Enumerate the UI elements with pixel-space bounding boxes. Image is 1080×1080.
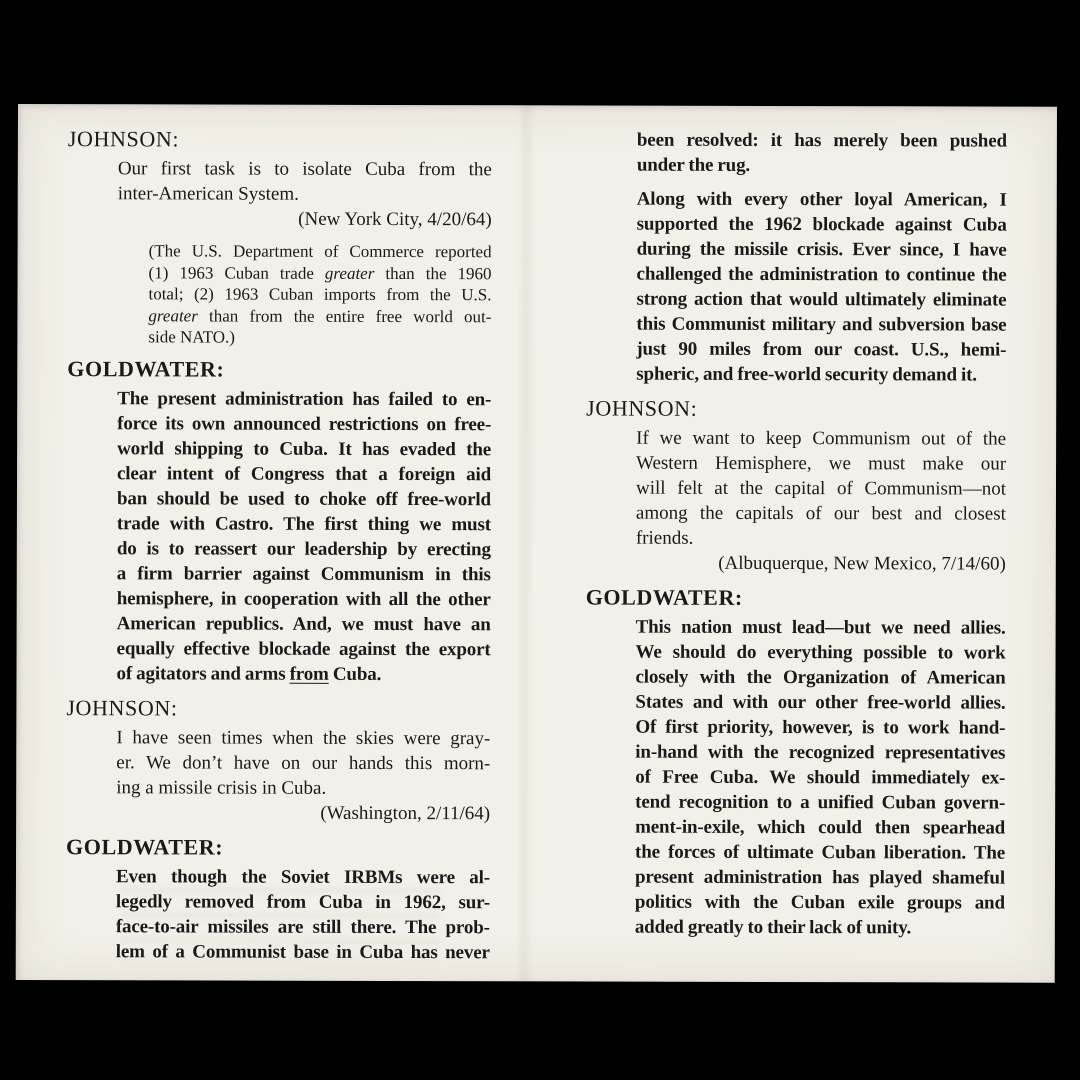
text-segment: I have seen times when the skies were gr… — [116, 727, 490, 749]
text-segment: of Free Cuba. We should immediately ex- — [635, 767, 1005, 789]
text-segment: Western Hemisphere, we must make our — [636, 453, 1006, 475]
text-segment: equally effective blockade against the e… — [117, 638, 491, 660]
text-segment: ban should be used to choke off free-wor… — [117, 488, 491, 510]
text-segment: legedly removed from Cuba in 1962, sur- — [116, 891, 490, 913]
text-segment: will felt at the capital of Communism—no… — [636, 478, 1006, 500]
text-segment: friends. — [636, 528, 694, 549]
text-line: under the rug. — [637, 153, 1007, 179]
text-segment: total; (2) 1963 Cuban imports from the U… — [148, 284, 491, 304]
text-segment: challenged the administration to continu… — [637, 264, 1007, 286]
text-line: a firm barrier against Communism in this — [117, 561, 491, 587]
text-line: the forces of ultimate Cuban liberation.… — [635, 840, 1005, 866]
text-segment: strong action that would ultimately elim… — [636, 289, 1006, 311]
editorial-note: (The U.S. Department of Commerce reporte… — [148, 240, 491, 348]
text-line: The present administration has failed to… — [117, 386, 491, 412]
text-line: side NATO.) — [148, 326, 491, 348]
text-line: will felt at the capital of Communism—no… — [636, 476, 1006, 502]
quote-paragraph: Even though the Soviet IRBMs were al-leg… — [116, 864, 490, 965]
text-line: of Free Cuba. We should immediately ex- — [635, 765, 1005, 791]
text-line: We should do everything possible to work — [636, 640, 1006, 666]
pamphlet-page: JOHNSON:Our first task is to isolate Cub… — [16, 104, 1057, 983]
speaker-heading: GOLDWATER: — [66, 834, 490, 860]
text-segment: ing a missile crisis in Cuba. — [116, 777, 326, 799]
text-segment: clear intent of Congress that a foreign … — [117, 463, 491, 485]
text-segment: States and with our other free-world all… — [635, 692, 1005, 714]
speaker-heading: GOLDWATER: — [67, 356, 491, 382]
text-segment: inter-American System. — [118, 183, 299, 204]
text-line: Of first priority, however, is to work h… — [635, 715, 1005, 741]
text-segment: spheric, and free-world security demand … — [636, 364, 977, 386]
text-line: face-to-air missiles are still there. Th… — [116, 914, 490, 940]
quote-paragraph: Our first task is to isolate Cuba from t… — [118, 156, 492, 232]
text-line: during the missile crisis. Ever since, I… — [637, 237, 1007, 263]
scan-background: { "page": { "background_color": "#000000… — [0, 0, 1080, 1080]
quote-paragraph: The present administration has failed to… — [116, 386, 491, 687]
text-segment: of agitators and arms — [116, 663, 289, 684]
italic-text-segment: greater — [325, 263, 374, 282]
text-segment: supported the 1962 blockade against Cuba — [637, 214, 1007, 236]
text-segment: (1) 1963 Cuban trade — [149, 263, 325, 282]
text-line: Along with every other loyal American, I — [637, 187, 1007, 213]
text-line: hemisphere, in cooperation with all the … — [117, 586, 491, 612]
text-line: Our first task is to isolate Cuba from t… — [118, 156, 492, 182]
text-segment: American republics. And, we must have an — [117, 613, 491, 635]
text-segment: Even though the Soviet IRBMs were al- — [116, 866, 490, 888]
text-line: do is to reassert our leadership by erec… — [117, 536, 491, 562]
text-line: er. We don’t have on our hands this morn… — [116, 750, 490, 776]
text-segment: hemisphere, in cooperation with all the … — [117, 588, 491, 610]
text-line: present administration has played shamef… — [635, 865, 1005, 891]
text-segment: Our first task is to isolate Cuba from t… — [118, 158, 492, 180]
text-line: supported the 1962 blockade against Cuba — [637, 212, 1007, 238]
quote-paragraph: This nation must lead—but we need allies… — [635, 615, 1006, 941]
text-line: been resolved: it has merely been pushed — [637, 128, 1007, 154]
underlined-text-segment: from — [290, 663, 329, 684]
text-line: greater than from the entire free world … — [148, 305, 491, 327]
quote-paragraph: been resolved: it has merely been pushed… — [637, 128, 1007, 179]
quote-attribution: (New York City, 4/20/64) — [118, 206, 492, 232]
speaker-heading: JOHNSON: — [586, 395, 1006, 421]
text-segment: than the 1960 — [374, 263, 491, 282]
text-line: challenged the administration to continu… — [637, 262, 1007, 288]
speaker-heading: JOHNSON: — [68, 126, 492, 152]
text-line: added greatly to their lack of unity. — [635, 915, 1005, 941]
text-line: American republics. And, we must have an — [117, 611, 491, 637]
text-segment: The present administration has failed to… — [117, 388, 491, 410]
quote-attribution: (Washington, 2/11/64) — [116, 800, 490, 826]
text-line: friends. — [636, 526, 1006, 552]
text-segment: (The U.S. Department of Commerce reporte… — [149, 241, 492, 261]
italic-text-segment: greater — [148, 306, 197, 325]
text-line: strong action that would ultimately elim… — [636, 287, 1006, 313]
quote-paragraph: If we want to keep Communism out of theW… — [636, 426, 1006, 577]
text-line: clear intent of Congress that a foreign … — [117, 461, 491, 487]
quote-paragraph: Along with every other loyal American, I… — [636, 187, 1007, 388]
text-line: tend recognition to a unified Cuban gove… — [635, 790, 1005, 816]
text-segment: Cuba. — [329, 663, 382, 684]
left-column: JOHNSON:Our first task is to isolate Cub… — [66, 126, 492, 974]
quote-paragraph: I have seen times when the skies were gr… — [116, 725, 490, 826]
text-segment: face-to-air missiles are still there. Th… — [116, 916, 490, 938]
text-segment: force its own announced restrictions on … — [117, 413, 491, 435]
fold-crease — [516, 105, 536, 981]
text-segment: the forces of ultimate Cuban liberation.… — [635, 842, 1005, 864]
text-line: ment-in-exile, which could then spearhea… — [635, 815, 1005, 841]
quote-attribution: (Albuquerque, New Mexico, 7/14/60) — [636, 551, 1006, 577]
text-line: total; (2) 1963 Cuban imports from the U… — [148, 283, 491, 305]
right-column: been resolved: it has merely been pushed… — [585, 127, 1007, 949]
text-segment: than from the entire free world out- — [198, 306, 492, 326]
text-line: Even though the Soviet IRBMs were al- — [116, 864, 490, 890]
text-line: (The U.S. Department of Commerce reporte… — [149, 240, 492, 262]
text-segment: er. We don’t have on our hands this morn… — [116, 752, 490, 774]
text-segment: We should do everything possible to work — [636, 642, 1006, 664]
speaker-heading: JOHNSON: — [66, 695, 490, 721]
text-segment: side NATO.) — [148, 327, 235, 346]
text-segment: politics with the Cuban exile groups and — [635, 892, 1005, 914]
text-segment: do is to reassert our leadership by erec… — [117, 538, 491, 560]
text-line: world shipping to Cuba. It has evaded th… — [117, 436, 491, 462]
text-segment: Of first priority, however, is to work h… — [635, 717, 1005, 739]
speaker-heading: GOLDWATER: — [586, 584, 1006, 610]
text-segment: during the missile crisis. Ever since, I… — [637, 239, 1007, 261]
text-line: inter-American System. — [118, 181, 492, 207]
text-segment: Along with every other loyal American, I — [637, 189, 1007, 211]
text-line: I have seen times when the skies were gr… — [116, 725, 490, 751]
text-line: force its own announced restrictions on … — [117, 411, 491, 437]
text-segment: in-hand with the recognized representati… — [635, 742, 1005, 764]
text-segment: ment-in-exile, which could then spearhea… — [635, 817, 1005, 839]
text-line: If we want to keep Communism out of the — [636, 426, 1006, 452]
text-line: politics with the Cuban exile groups and — [635, 890, 1005, 916]
text-segment: just 90 miles from our coast. U.S., hemi… — [636, 339, 1006, 361]
text-segment: present administration has played shamef… — [635, 867, 1005, 889]
text-segment: a firm barrier against Communism in this — [117, 563, 491, 585]
text-line: spheric, and free-world security demand … — [636, 362, 1006, 388]
text-segment: If we want to keep Communism out of the — [636, 428, 1006, 450]
text-segment: been resolved: it has merely been pushed — [637, 130, 1007, 152]
text-line: States and with our other free-world all… — [635, 690, 1005, 716]
text-segment: this Communist military and subversion b… — [636, 314, 1006, 336]
text-line: in-hand with the recognized representati… — [635, 740, 1005, 766]
text-segment: closely with the Organization of America… — [635, 667, 1005, 689]
text-line: Western Hemisphere, we must make our — [636, 451, 1006, 477]
text-segment: world shipping to Cuba. It has evaded th… — [117, 438, 491, 460]
text-line: among the capitals of our best and close… — [636, 501, 1006, 527]
text-line: trade with Castro. The first thing we mu… — [117, 511, 491, 537]
text-line: just 90 miles from our coast. U.S., hemi… — [636, 337, 1006, 363]
text-line: ban should be used to choke off free-wor… — [117, 486, 491, 512]
text-line: equally effective blockade against the e… — [117, 636, 491, 662]
text-line: (1) 1963 Cuban trade greater than the 19… — [149, 262, 492, 284]
text-segment: tend recognition to a unified Cuban gove… — [635, 792, 1005, 814]
text-segment: trade with Castro. The first thing we mu… — [117, 513, 491, 535]
text-segment: This nation must lead—but we need allies… — [636, 617, 1006, 639]
text-line: of agitators and arms from Cuba. — [116, 661, 490, 687]
text-line: this Communist military and subversion b… — [636, 312, 1006, 338]
text-segment: added greatly to their lack of unity. — [635, 917, 911, 939]
text-segment: lem of a Communist base in Cuba has neve… — [116, 941, 490, 963]
text-line: closely with the Organization of America… — [635, 665, 1005, 691]
text-line: ing a missile crisis in Cuba. — [116, 775, 490, 801]
text-line: This nation must lead—but we need allies… — [636, 615, 1006, 641]
text-line: lem of a Communist base in Cuba has neve… — [116, 939, 490, 965]
text-segment: under the rug. — [637, 155, 750, 176]
text-segment: among the capitals of our best and close… — [636, 503, 1006, 525]
text-line: legedly removed from Cuba in 1962, sur- — [116, 889, 490, 915]
